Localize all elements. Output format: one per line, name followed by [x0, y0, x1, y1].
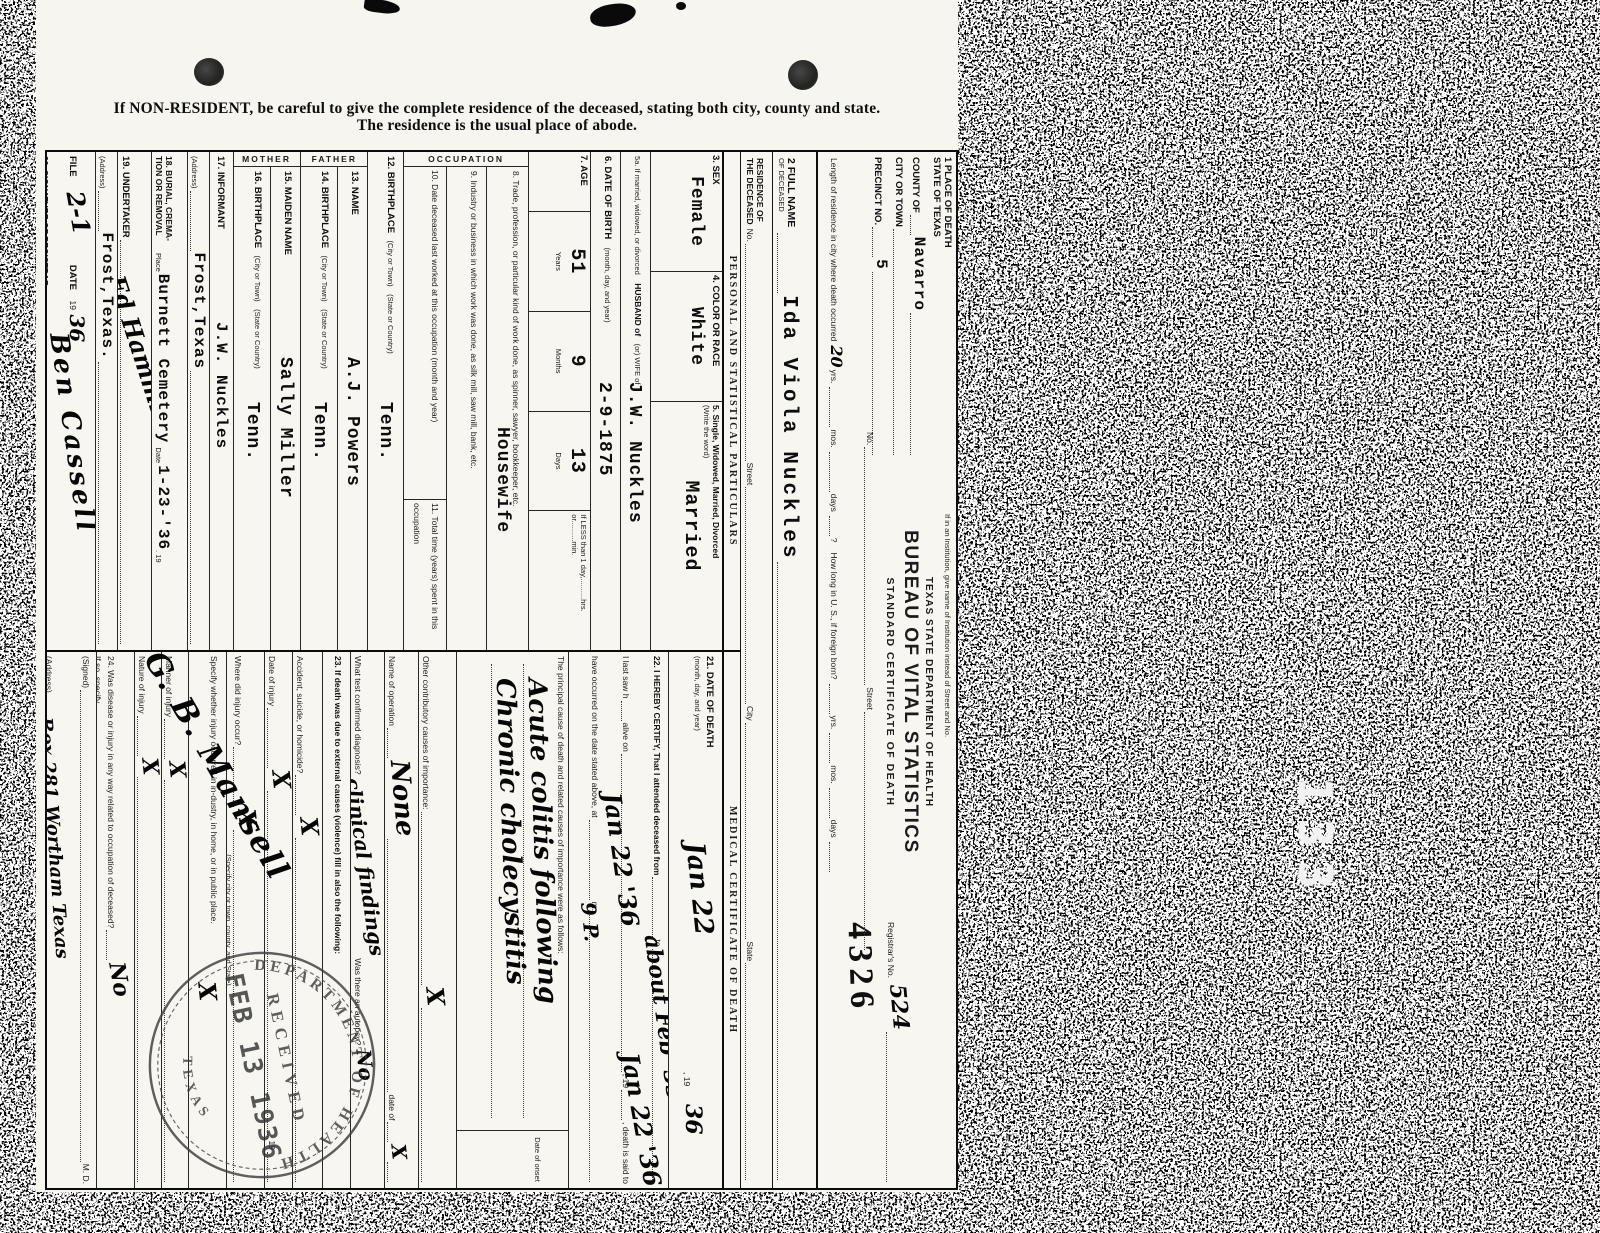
father-name-value: A.J. Powers [342, 357, 362, 487]
test-label: What test confirmed diagnosis? [353, 656, 364, 775]
dotted-line [164, 780, 178, 1182]
punch-hole-mark [788, 60, 818, 90]
residence-city-label: City [745, 706, 756, 721]
residence-length-line: Length of residence in city where death … [829, 158, 848, 1184]
contributory-row: Other contributory causes of importance:… [418, 652, 456, 1188]
age-years-value: 51 [565, 214, 588, 309]
medical-section-header: MEDICAL CERTIFICATE OF DEATH [724, 652, 740, 1188]
residence-label: RESIDENCE OF [755, 158, 765, 225]
days-label: days [829, 820, 840, 838]
state-label: STATE OF TEXAS [931, 157, 942, 457]
dotted-line [387, 1162, 401, 1182]
occupation-group: OCCUPATION 8. Trade, profession, or part… [404, 152, 528, 650]
informant-address-label: (Address) [190, 156, 199, 189]
father-birthplace-note2: (State or Country) [320, 309, 329, 369]
registrar-number-block: Registrar's No. 524 4326 [844, 922, 912, 1184]
section-headers: PERSONAL AND STATISTICAL PARTICULARS MED… [722, 152, 740, 1188]
total-time-label: 11. Total time (years) spent in this occ… [412, 503, 440, 629]
certify-line2b: alive on [621, 723, 632, 752]
accident-x-mark: X [294, 816, 322, 838]
punch-hole-mark [194, 58, 224, 86]
test-autopsy-row: What test confirmed diagnosis? clinical … [350, 652, 384, 1188]
burial-place-label: Place [154, 253, 163, 272]
autopsy-label: Was there an autopsy? [353, 958, 364, 1045]
ink-smudge [589, 2, 637, 29]
dob-value: 2-9-1875 [594, 382, 614, 476]
burial-date-label: Date [154, 447, 163, 463]
ink-smudge [676, 2, 686, 10]
contributory-x-mark: X [420, 986, 451, 1008]
color-race-label: 4. COLOR OR RACE [710, 275, 721, 398]
dotted-line [829, 387, 843, 427]
industry-label: 9. Industry or business in which work wa… [469, 171, 479, 469]
dotted-line [233, 830, 247, 1182]
length-of-residence-label: Length of residence in city where death … [829, 158, 840, 341]
ink-smudge [363, 0, 400, 15]
accident-row: Accident, suicide, or homicide? X [292, 652, 322, 1188]
residence-sublabel: THE DECEASED [745, 158, 755, 225]
date-of-onset-label: Date of onset [457, 1130, 568, 1188]
institution-note: If in an Institution, give name of Insti… [943, 514, 952, 934]
age-less-than-day-label: If LESS than 1 day,..........hrs. or....… [529, 511, 590, 650]
contributory-label: Other contributory causes of importance: [421, 656, 432, 810]
birthplace-note: (City or Town) [386, 241, 395, 287]
precinct-label: PRECINCT NO. [872, 157, 883, 225]
dotted-line [190, 371, 204, 644]
birthplace-value: Tenn. [375, 402, 395, 461]
question-mark: ? [829, 538, 840, 543]
street-address-line: No. Street [864, 432, 878, 952]
dotted-line [421, 812, 435, 986]
file-registrar-row: FILE 2-1 DATE 19 36 20. SIGNATURE OF REG… [45, 152, 95, 650]
dotted-line [745, 723, 759, 940]
dob-label: 6. DATE OF BIRTH [602, 156, 613, 239]
informant-row: 17. INFORMANT J.W. Nuckles [209, 152, 233, 650]
dotted-line [267, 708, 281, 768]
sex-value: Female [686, 155, 706, 268]
bureau-title: BUREAU OF VITAL STATISTICS [899, 462, 921, 922]
md-suffix: M. D. [80, 1164, 91, 1184]
mother-birthplace-note: (City or Town) [253, 256, 262, 302]
street-label: Street [864, 687, 875, 710]
dob-note: (month, day, and year) [603, 248, 612, 323]
yrs-label: yrs. [829, 370, 840, 384]
dotted-line [829, 842, 843, 872]
spouse-label: 5a. If married, widowed, or divorced [633, 156, 642, 275]
signed-row: (Signed) M. D. (Address) Box 281 Wortham… [45, 652, 96, 1188]
color-race-value: White [686, 275, 706, 398]
certify-alive-value: Jan 22 '36 [598, 791, 646, 929]
injury-where-label: Where did injury occur? [233, 656, 244, 745]
undertaker-row: 19. UNDERTAKER Ed Hammick [117, 152, 151, 650]
scanned-document: If NON-RESIDENT, be careful to give the … [36, 0, 958, 1192]
personal-section-header: PERSONAL AND STATISTICAL PARTICULARS [724, 152, 740, 652]
father-name-row: 13. NAME A.J. Powers [337, 167, 367, 650]
age-days-label: Days [554, 414, 563, 509]
informant-address-value: Frost,Texas [190, 253, 208, 370]
date-of-birth-row: 6. DATE OF BIRTH (month, day, and year) … [590, 152, 620, 650]
non-resident-note-line2: The residence is the usual place of abod… [36, 117, 958, 134]
spouse-value: J.W. Nuckles [624, 382, 644, 524]
residence-row: RESIDENCE OF THE DECEASED No. Street Cit… [740, 152, 772, 1188]
non-resident-note: If NON-RESIDENT, be careful to give the … [36, 100, 958, 134]
dotted-line [829, 516, 843, 536]
file-number-value: 2-1 [60, 189, 95, 237]
mother-side-label: MOTHER [243, 154, 292, 164]
undertaker-label: 19. UNDERTAKER [120, 156, 131, 238]
dotted-line [137, 716, 151, 756]
dotted-line [106, 930, 120, 960]
residence-state-label: State [745, 941, 756, 961]
no-label: No. [864, 432, 875, 445]
injury-date-year: 19 [267, 1141, 278, 1150]
birthplace-note2: (State or Country) [386, 294, 395, 354]
registrar-no-value: 524 [884, 983, 914, 1031]
dotted-line [45, 695, 57, 715]
informant-label: 17. INFORMANT [215, 156, 226, 229]
mother-side-label-cell: MOTHER [234, 152, 300, 167]
undertaker-address-row: (Address) Frost,Texas. [95, 152, 117, 650]
test-value: clinical findings [350, 776, 384, 957]
dotted-line [80, 690, 94, 1162]
age-label: 7. AGE [578, 155, 589, 208]
dotted-line [652, 877, 666, 937]
dotted-line [893, 229, 907, 455]
occupation-side-label: OCCUPATION [428, 154, 504, 164]
principal-cause-block: The principal cause of death and related… [456, 652, 568, 1188]
external-causes-label: 23. If death was due to external causes … [333, 656, 343, 954]
certificate-type-title: STANDARD CERTIFICATE OF DEATH [884, 462, 896, 922]
dotted-line [777, 562, 791, 1180]
foreign-born-label: How long in U. S., if foreign born? [829, 552, 840, 679]
father-side-label-cell: FATHER [301, 152, 367, 167]
certify-line1: 22. I HEREBY CERTIFY, That I attended de… [652, 656, 662, 875]
occupation-related-row: 24. Was disease or injury in any way rel… [96, 652, 134, 1188]
department-title: TEXAS STATE DEPARTMENT OF HEALTH [923, 462, 934, 922]
dotted-line [621, 701, 635, 721]
last-worked-label: 10. Date deceased last worked at this oc… [430, 170, 440, 422]
dotted-line [886, 1032, 900, 1182]
injury-industry-x-mark: X [192, 981, 223, 1003]
mos-label: mos. [829, 765, 840, 783]
injury-date-x-mark: X [266, 769, 292, 791]
injury-nature-x-mark: X [136, 756, 161, 776]
burial-year-suffix: . 19 [154, 550, 163, 563]
full-name-value: Ida Viola Nuckles [777, 295, 800, 560]
if-so-specify-label: If so, specify [96, 656, 103, 703]
undertaker-address-label: (Address) [98, 156, 107, 189]
dotted-line [295, 775, 309, 815]
dotted-line [96, 705, 106, 1182]
physician-address-value: Box 281 Wortham Texas [45, 716, 73, 959]
age-years-label: Years [554, 214, 563, 309]
operation-date-label: date of [387, 1094, 398, 1120]
father-birthplace-value: Tenn. [309, 402, 329, 461]
injury-manner-x-mark: X [163, 760, 188, 780]
dotted-line [829, 788, 843, 818]
full-name-label: 2 FULL NAME [786, 158, 796, 227]
age-months-value: 9 [565, 314, 588, 409]
film-frame-counter: 133 [1277, 773, 1353, 907]
occupation-related-label: 24. Was disease or injury in any way rel… [106, 656, 117, 928]
husband-of-label: HUSBAND of [633, 283, 643, 336]
dotted-line [829, 452, 843, 492]
mother-name-row: 15. MAIDEN NAME Sally Miller [270, 167, 300, 650]
date-of-death-value: Jan 22 [679, 841, 719, 937]
burial-label: 18. BURIAL, CREMA-TION OR REMOVAL [154, 156, 174, 251]
dotted-line [872, 272, 886, 455]
dotted-line [98, 362, 112, 644]
dotted-line [137, 777, 151, 1182]
sex-color-marital-row: 3. SEX Female 4. COLOR OR RACE White 5. … [650, 152, 722, 650]
father-birthplace-note: (City or Town) [320, 256, 329, 302]
trade-row: 8. Trade, profession, or particular kind… [486, 167, 528, 650]
place-of-death-block: 1 PLACE OF DEATH STATE OF TEXAS COUNTY O… [872, 157, 953, 457]
dotted-line [421, 1008, 435, 1182]
residence-street-label: Street [745, 463, 756, 486]
injury-nature-row: Nature of injury X [134, 652, 161, 1188]
place-of-death-label: 1 PLACE OF DEATH [942, 157, 953, 457]
occupation-side-label-cell: OCCUPATION [404, 152, 528, 167]
occupation-related-value: No [103, 960, 134, 999]
age-row: 7. AGE 51 Years 9 Months 13 Days If LESS [528, 152, 590, 650]
length-of-residence-value: 20 [827, 345, 846, 367]
date-of-death-year-prefix: , 19 [682, 1072, 693, 1086]
dotted-line [295, 838, 309, 1182]
signed-label: (Signed) [80, 656, 91, 688]
mother-birthplace-label: 16. BIRTHPLACE [252, 171, 263, 248]
marital-label: 5. Single, Widowed, Married, Divorced [711, 405, 721, 647]
registrar-no-label: Registrar's No. [886, 922, 897, 978]
injury-date-label: Date of injury [267, 656, 278, 706]
dotted-line [745, 487, 759, 704]
date-of-death-year-value: 36 [680, 1104, 706, 1135]
dotted-line [745, 963, 759, 1180]
dotted-line [267, 1152, 281, 1182]
dotted-line [98, 191, 112, 231]
certify-time-value: 9 P. [576, 901, 604, 943]
date-of-death-label: 21. DATE OF DEATH [704, 656, 715, 748]
dotted-line [387, 728, 401, 758]
operation-value: None [384, 759, 418, 838]
personal-column: 3. SEX Female 4. COLOR OR RACE White 5. … [45, 152, 722, 652]
dotted-line [829, 684, 843, 714]
certificate-header: 1 PLACE OF DEATH STATE OF TEXAS COUNTY O… [816, 152, 956, 1188]
certify-line3: have occurred on the date stated above, … [589, 656, 600, 818]
registrar-signature-label: 20. SIGNATURE OF REGISTRAR [45, 156, 50, 646]
father-side-label: FATHER [311, 154, 356, 164]
trade-value: Housewife [492, 427, 512, 533]
death-certificate: 1 PLACE OF DEATH STATE OF TEXAS COUNTY O… [45, 150, 958, 1190]
age-days-value: 13 [565, 414, 588, 509]
dotted-line [745, 244, 759, 461]
dotted-line [45, 961, 57, 1182]
burial-date-value: 1-23-'36 [154, 465, 172, 550]
date-of-death-row: 21. DATE OF DEATH (month, day, and year)… [668, 652, 722, 1188]
informant-address-row: (Address) Frost,Texas [187, 152, 209, 650]
non-resident-note-line1: If NON-RESIDENT, be careful to give the … [36, 100, 958, 117]
autopsy-value: No [351, 1048, 378, 1082]
marital-value: Married [679, 405, 702, 647]
accident-label: Accident, suicide, or homicide? [295, 656, 306, 773]
county-label: COUNTY OF [910, 157, 921, 213]
dotted-line [864, 712, 878, 950]
operation-date-x: X [386, 1143, 411, 1161]
injury-where-row: Where did injury occur? X (Specify city … [226, 652, 264, 1188]
county-value: Navarro [910, 237, 928, 311]
operation-row: Name of operation None date of X [384, 652, 418, 1188]
external-causes-row: 23. If death was due to external causes … [322, 652, 350, 1188]
mother-birthplace-value: Tenn. [242, 402, 262, 461]
birthplace-row: 12. BIRTHPLACE (City or Town) (State or … [367, 152, 403, 650]
burial-place-value: Burnett Cemetery [154, 274, 172, 444]
undertaker-address-value: Frost,Texas. [98, 233, 116, 360]
file-date-prefix: 19 [68, 300, 78, 309]
father-group: FATHER 13. NAME A.J. Powers 14. BIRTHPLA… [301, 152, 367, 650]
wife-of-label: (or) WIFE of [633, 344, 642, 385]
dotted-line [777, 233, 791, 293]
mos-label: mos. [829, 429, 840, 447]
certify-line2a: I last saw h [621, 656, 632, 699]
dotted-line [589, 820, 603, 900]
dotted-line [872, 227, 886, 257]
mother-birthplace-row: 16. BIRTHPLACE (City or Town) (State or … [234, 167, 270, 650]
marital-note: (Write the word) [702, 405, 711, 647]
sex-label: 3. SEX [710, 155, 721, 268]
residence-no-label: No. [745, 229, 756, 242]
spouse-row: 5a. If married, widowed, or divorced HUS… [620, 152, 650, 650]
mother-group: MOTHER 15. MAIDEN NAME Sally Miller 16. … [234, 152, 300, 650]
dotted-line [589, 913, 603, 1182]
dotted-line [190, 191, 204, 251]
burial-row: 18. BURIAL, CREMA-TION OR REMOVAL Place … [151, 152, 187, 650]
mother-birthplace-note2: (State or Country) [253, 309, 262, 369]
file-label: FILE [67, 156, 78, 177]
birthplace-label: 12. BIRTHPLACE [385, 156, 396, 233]
injury-date-row: Date of injury X 19 [264, 652, 292, 1188]
masthead: TEXAS STATE DEPARTMENT OF HEALTH BUREAU … [884, 462, 934, 922]
dotted-line [387, 1122, 401, 1142]
operation-label: Name of operation [387, 656, 398, 726]
dotted-line [910, 215, 924, 235]
industry-row: 9. Industry or business in which work wa… [446, 167, 486, 650]
last-worked-row: 10. Date deceased last worked at this oc… [404, 167, 446, 650]
father-name-label: 13. NAME [349, 171, 360, 215]
trade-label: 8. Trade, profession, or particular kind… [511, 171, 521, 506]
file-date-label: DATE [67, 265, 78, 290]
city-or-town-label: CITY OR TOWN [893, 157, 904, 227]
dotted-line [387, 839, 401, 1093]
precinct-value: 5 [872, 259, 890, 270]
dotted-line [864, 447, 878, 685]
mother-name-label: 15. MAIDEN NAME [282, 171, 293, 255]
full-name-row: 2 FULL NAME OF DECEASED Ida Viola Nuckle… [772, 152, 816, 1188]
injury-where-note: (Specify city or town, county, and State… [226, 656, 233, 1184]
certify-block: 22. I HEREBY CERTIFY, That I attended de… [568, 652, 668, 1188]
days-label: days [829, 494, 840, 512]
father-birthplace-label: 14. BIRTHPLACE [319, 171, 330, 248]
signed-address-label: (Address) [45, 656, 54, 693]
mother-name-value: Sally Miller [275, 357, 295, 499]
medical-column: 21. DATE OF DEATH (month, day, and year)… [45, 652, 722, 1188]
father-birthplace-row: 14. BIRTHPLACE (City or Town) (State or … [301, 167, 337, 650]
yrs-label: yrs. [829, 716, 840, 730]
dotted-line [829, 733, 843, 763]
dotted-line [910, 313, 924, 455]
age-months-label: Months [554, 314, 563, 409]
informant-value: J.W. Nuckles [212, 322, 230, 449]
